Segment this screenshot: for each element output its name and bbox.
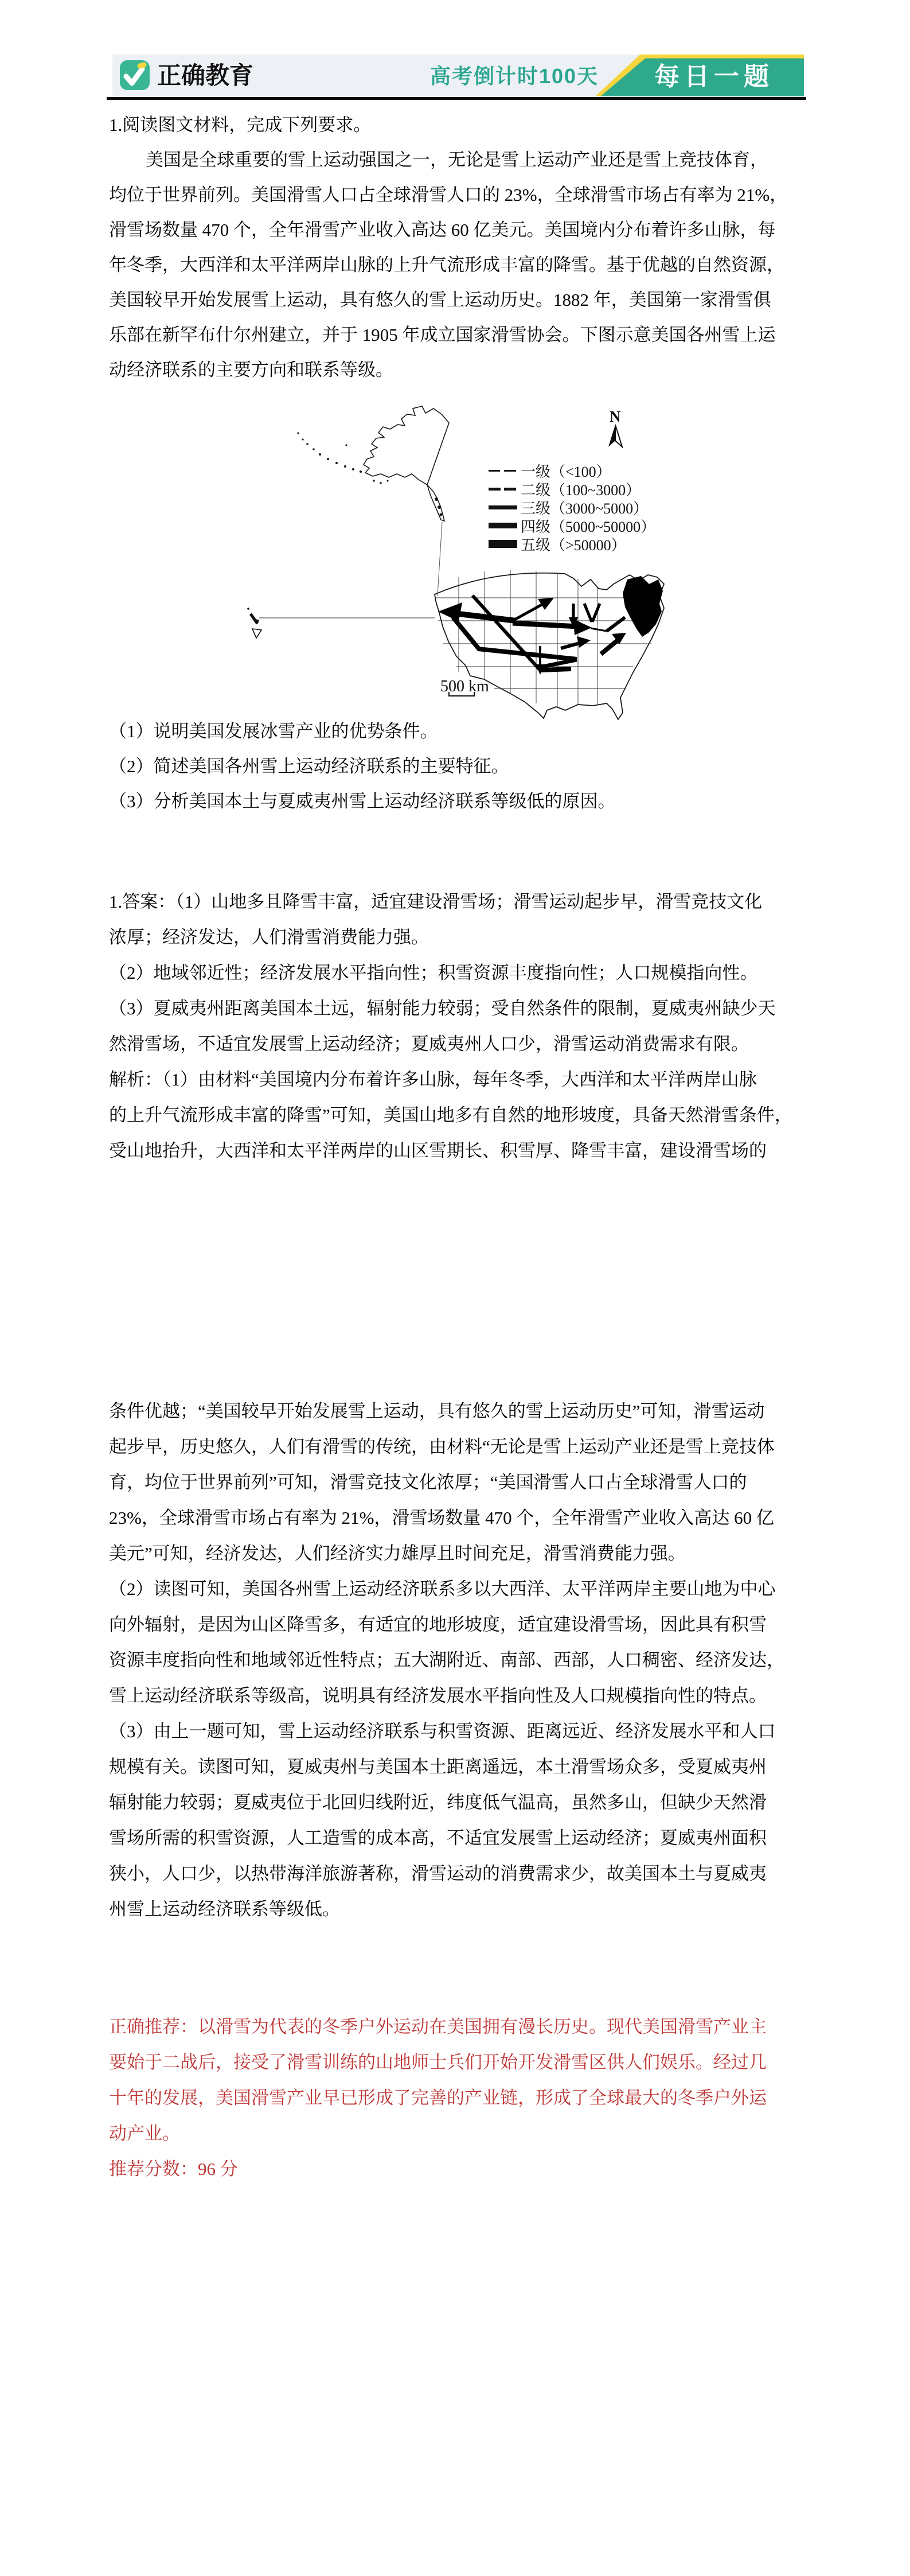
brand-name: 正确教育 xyxy=(157,55,253,96)
sub-question-3: （3）分析美国本土与夏威夷州雪上运动经济联系等级低的原因。 xyxy=(109,784,809,819)
analysis-line: 辐射能力较弱；夏威夷位于北回归线附近，纬度低气温高，虽然多山，但缺少天然滑 xyxy=(109,1785,809,1820)
question-prompt: 1.阅读图文材料，完成下列要求。 xyxy=(109,107,809,142)
sub-question-2: （2）简述美国各州雪上运动经济联系的主要特征。 xyxy=(109,749,809,784)
legend-label-2: 二级（100~3000） xyxy=(521,482,640,499)
passage-line: 美国是全球重要的雪上运动强国之一，无论是雪上运动产业还是雪上竞技体育， xyxy=(109,142,809,177)
legend-label-3: 三级（3000~5000） xyxy=(521,500,648,517)
map-legend: 一级（<100） 二级（100~3000） 三级（3000~5000） 四级（5… xyxy=(489,464,655,554)
legend-label-5: 五级（>50000） xyxy=(521,537,626,554)
analysis-line: 雪场所需的积雪资源，人工造雪的成本高，不适宜发展雪上运动经济；夏威夷州面积 xyxy=(109,1820,809,1856)
exam-document-page: 正确教育 高考倒计时100天 每日一题 1.阅读图文材料，完成下列要求。 美国是… xyxy=(0,0,910,2576)
answer-section: 1.答案：（1）山地多且降雪丰富，适宜建设滑雪场；滑雪运动起步早，滑雪竞技文化 … xyxy=(109,884,809,1169)
recommendation-score: 推荐分数：96 分 xyxy=(109,2151,809,2187)
aleutian-islands xyxy=(297,432,442,516)
recommendation-line: 要始于二战后，接受了滑雪训练的山地师士兵们开始开发滑雪区供人们娱乐。经过几 xyxy=(109,2045,809,2080)
answer-line: 解析：（1）由材料“美国境内分布着许多山脉，每年冬季，大西洋和太平洋两岸山脉 xyxy=(109,1062,809,1098)
analysis-line: 育，均位于世界前列”可知，滑雪竞技文化浓厚；“美国滑雪人口占全球滑雪人口的 xyxy=(109,1465,809,1500)
recommendation-line: 十年的发展，美国滑雪产业早已形成了完善的产业链，形成了全球最大的冬季户外运 xyxy=(109,2080,809,2116)
answer-line: 然滑雪场，不适宜发展雪上运动经济；夏威夷州人口少，滑雪运动消费需求有限。 xyxy=(109,1026,809,1062)
analysis-line: （3）由上一题可知，雪上运动经济联系与积雪资源、距离远近、经济发展水平和人口 xyxy=(109,1714,809,1749)
analysis-section: 条件优越；“美国较早开始发展雪上运动，具有悠久的雪上运动历史”可知，滑雪运动 起… xyxy=(109,1394,809,1927)
analysis-line: 向外辐射，是因为山区降雪多，有适宜的地形坡度，适宜建设滑雪场，因此具有积雪 xyxy=(109,1607,809,1643)
gaokao-countdown-text: 高考倒计时100天 xyxy=(430,55,599,96)
header-divider-rule xyxy=(107,97,806,100)
us-snow-sports-map-figure: N 一级（<100） 二级（100~3000） 三级（3000~5000） 四级… xyxy=(241,396,671,722)
answer-line: 1.答案：（1）山地多且降雪丰富，适宜建设滑雪场；滑雪运动起步早，滑雪竞技文化 xyxy=(109,884,809,920)
svg-text:N: N xyxy=(610,408,621,425)
analysis-line: （2）读图可知，美国各州雪上运动经济联系多以大西洋、太平洋两岸主要山地为中心 xyxy=(109,1571,809,1607)
legend-label-1: 一级（<100） xyxy=(521,464,611,480)
answer-line: 受山地抬升，大西洋和太平洋两岸的山区雪期长、积雪厚、降雪丰富，建设滑雪场的 xyxy=(109,1133,809,1169)
recommendation-line: 正确推荐：以滑雪为代表的冬季户外运动在美国拥有漫长历史。现代美国滑雪产业主 xyxy=(109,2009,809,2045)
north-arrow-icon: N xyxy=(608,408,622,447)
svg-text:500 km: 500 km xyxy=(440,678,489,695)
analysis-line: 条件优越；“美国较早开始发展雪上运动，具有悠久的雪上运动历史”可知，滑雪运动 xyxy=(109,1394,809,1429)
analysis-line: 州雪上运动经济联系等级低。 xyxy=(109,1892,809,1927)
brand-logo-link[interactable] xyxy=(119,60,150,91)
passage-line: 动经济联系的主要方向和联系等级。 xyxy=(109,352,809,387)
answer-line: 的上升气流形成丰富的降雪”可知，美国山地多有自然的地形坡度，具备天然滑雪条件， xyxy=(109,1098,809,1133)
question-passage: 1.阅读图文材料，完成下列要求。 美国是全球重要的雪上运动强国之一，无论是雪上运… xyxy=(109,107,809,387)
us-map-svg: N 一级（<100） 二级（100~3000） 三级（3000~5000） 四级… xyxy=(241,396,671,722)
inset-boundary-vertical xyxy=(438,522,442,596)
passage-line: 美国较早开始发展雪上运动，具有悠久的雪上运动历史。1882 年，美国第一家滑雪俱 xyxy=(109,282,809,317)
daily-question-badge-label: 每日一题 xyxy=(595,55,804,96)
hawaii-islands xyxy=(247,608,261,638)
passage-line: 均位于世界前列。美国滑雪人口占全球滑雪人口的 23%，全球滑雪市场占有率为 21… xyxy=(109,177,809,212)
passage-line: 年冬季，大西洋和太平洋两岸山脉的上升气流形成丰富的降雪。基于优越的自然资源， xyxy=(109,247,809,282)
answer-line: （2）地域邻近性；经济发展水平指向性；积雪资源丰度指向性；人口规模指向性。 xyxy=(109,955,809,991)
recommendation-line: 动产业。 xyxy=(109,2116,809,2151)
recommendation-section: 正确推荐：以滑雪为代表的冬季户外运动在美国拥有漫长历史。现代美国滑雪产业主 要始… xyxy=(109,2009,809,2187)
sub-question-1: （1）说明美国发展冰雪产业的优势条件。 xyxy=(109,714,809,749)
analysis-line: 规模有关。读图可知，夏威夷州与美国本土距离遥远，本土滑雪场众多，受夏威夷州 xyxy=(109,1749,809,1785)
analysis-line: 23%，全球滑雪市场占有率为 21%，滑雪场数量 470 个，全年滑雪产业收入高… xyxy=(109,1500,809,1536)
answer-line: 浓厚；经济发达，人们滑雪消费能力强。 xyxy=(109,920,809,955)
analysis-line: 雪上运动经济联系等级高，说明具有经济发展水平指向性及人口规模指向性的特点。 xyxy=(109,1678,809,1714)
alaska-outline xyxy=(364,406,449,521)
sub-questions: （1）说明美国发展冰雪产业的优势条件。 （2）简述美国各州雪上运动经济联系的主要… xyxy=(109,714,809,819)
checkmark-logo-icon xyxy=(119,60,150,91)
passage-line: 乐部在新罕布什尔州建立，并于 1905 年成立国家滑雪协会。下图示意美国各州雪上… xyxy=(109,317,809,352)
analysis-line: 起步早，历史悠久，人们有滑雪的传统，由材料“无论是雪上运动产业还是雪上竞技体 xyxy=(109,1429,809,1465)
economic-link-arrows xyxy=(438,576,663,675)
legend-label-4: 四级（5000~50000） xyxy=(521,519,655,535)
analysis-line: 狭小，人口少，以热带海洋旅游著称，滑雪运动的消费需求少，故美国本土与夏威夷 xyxy=(109,1856,809,1892)
map-scale-bar: 500 km xyxy=(440,678,489,696)
analysis-line: 资源丰度指向性和地域邻近性特点；五大湖附近、南部、西部，人口稠密、经济发达， xyxy=(109,1643,809,1678)
passage-line: 滑雪场数量 470 个，全年滑雪产业收入高达 60 亿美元。美国境内分布着许多山… xyxy=(109,212,809,247)
analysis-line: 美元”可知，经济发达，人们经济实力雄厚且时间充足，滑雪消费能力强。 xyxy=(109,1536,809,1571)
answer-line: （3）夏威夷州距离美国本土远，辐射能力较弱；受自然条件的限制，夏威夷州缺少天 xyxy=(109,991,809,1026)
